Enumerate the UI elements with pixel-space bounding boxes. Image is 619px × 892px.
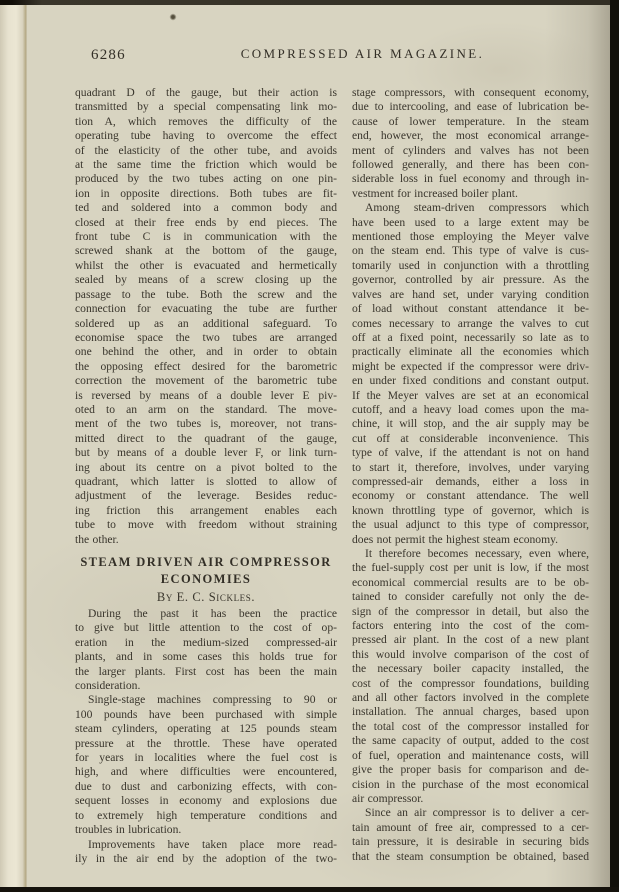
- text-line: to give but little attention to the cost…: [75, 621, 337, 635]
- article-title-line2: ECONOMIES: [75, 571, 337, 588]
- text-line: comes necessary to arrange the valves to…: [352, 317, 589, 331]
- text-line: If the Meyer valves are set at an econom…: [352, 389, 589, 403]
- text-line: ment of the two tubes is, moreover, not …: [75, 417, 337, 431]
- paragraph: Single-stage machines compressing to 90 …: [75, 693, 337, 837]
- text-line: the larger plants. First cost has been t…: [75, 665, 337, 679]
- text-line: for years in localities where the fuel c…: [75, 751, 337, 765]
- text-line: operating tube having to overcome the ef…: [75, 129, 337, 143]
- text-line: transmitted by a special compensating li…: [75, 100, 337, 114]
- text-line: steam cylinders, operating at 125 pounds…: [75, 722, 337, 736]
- text-line: of load without constant attendance it b…: [352, 302, 589, 316]
- text-line: pressure at the throttle. These have ope…: [75, 737, 337, 751]
- article-title-line1: STEAM DRIVEN AIR COMPRESSOR: [75, 554, 337, 571]
- text-line: factors entering into the cost of the co…: [352, 619, 589, 633]
- text-line: air compressor.: [352, 792, 589, 806]
- text-line: Improvements have taken place more read-: [75, 838, 337, 852]
- scan-edge-top: [0, 0, 619, 5]
- text-line: adjustment of the leverage. Besides redu…: [75, 489, 337, 503]
- text-line: tube to move with freedom without strain…: [75, 518, 337, 532]
- text-line: 100 pounds have been purchased with simp…: [75, 708, 337, 722]
- text-line: is reversed by means of a double lever E…: [75, 389, 337, 403]
- text-line: plants, and in some cases this holds tru…: [75, 650, 337, 664]
- text-line: sign of the compressor in detail, but al…: [352, 605, 589, 619]
- text-line: correction the movement of the barometri…: [75, 374, 337, 388]
- text-line: ion in opposite directions. Both tubes a…: [75, 187, 337, 201]
- text-line: troubles in lubrication.: [75, 823, 337, 837]
- text-line: ing friction this arrangement enables ea…: [75, 504, 337, 518]
- text-line: end, however, the most economical arrang…: [352, 129, 589, 143]
- text-line: Among steam-driven compressors which: [352, 201, 589, 215]
- text-line: Since an air compressor is to deliver a …: [352, 806, 589, 820]
- column-left: quadrant D of the gauge, but their actio…: [75, 86, 337, 866]
- text-line: known throttling type of governor, which…: [352, 504, 589, 518]
- magazine-title: COMPRESSED AIR MAGAZINE.: [75, 46, 588, 62]
- text-line: front tube C is in communication with th…: [75, 230, 337, 244]
- text-line: tion A, which removes the difficulty of …: [75, 115, 337, 129]
- text-line: cause of lower temperature. In the steam: [352, 115, 589, 129]
- text-line: ily in the air end by the adoption of th…: [75, 852, 337, 866]
- scan-edge-right: [610, 0, 619, 892]
- text-line: quadrant D of the gauge, but their actio…: [75, 86, 337, 100]
- text-columns: quadrant D of the gauge, but their actio…: [75, 86, 589, 866]
- text-line: tomarily used in conjunction with a thro…: [352, 259, 589, 273]
- text-line: chine, it will stop, and the air supply …: [352, 417, 589, 431]
- text-line: due to dust and carbonizing effects, wit…: [75, 780, 337, 794]
- text-line: the other.: [75, 533, 337, 547]
- text-line: this would involve comparison of the cos…: [352, 648, 589, 662]
- text-line: cision in the purchase of the most econo…: [352, 778, 589, 792]
- text-line: passage to the tube. Both the screw and …: [75, 288, 337, 302]
- text-line: sealed by means of a screw closing up th…: [75, 273, 337, 287]
- text-line: soldered up as an additional safeguard. …: [75, 317, 337, 331]
- text-line: pressed air plant. In the cost of a new …: [352, 633, 589, 647]
- text-line: whilst the other is evacuated and hermet…: [75, 259, 337, 273]
- paragraph: Since an air compressor is to deliver a …: [352, 806, 589, 864]
- scanned-magazine-page: 6286 COMPRESSED AIR MAGAZINE. quadrant D…: [0, 0, 619, 892]
- text-line: the usual adjunct to this type of compre…: [352, 518, 589, 532]
- text-line: economise space the two tubes are arrang…: [75, 331, 337, 345]
- text-line: the opposing effect desired for the baro…: [75, 360, 337, 374]
- article-header: STEAM DRIVEN AIR COMPRESSORECONOMIESBy E…: [75, 554, 337, 605]
- text-line: sequent losses in economy and explosions…: [75, 794, 337, 808]
- text-line: installation. The annual charges, based …: [352, 705, 589, 719]
- text-line: practically eliminate all the economies …: [352, 345, 589, 359]
- text-line: eration in the medium-sized compressed-a…: [75, 636, 337, 650]
- text-line: produced by the two tubes acting on one …: [75, 172, 337, 186]
- text-line: the total cost of the compressor install…: [352, 720, 589, 734]
- text-line: due to intercooling, and ease of lubrica…: [352, 100, 589, 114]
- text-line: of fuel, operation and maintenance costs…: [352, 749, 589, 763]
- page-header: 6286 COMPRESSED AIR MAGAZINE.: [75, 46, 588, 68]
- text-line: of the elasticity of the other tube, and…: [75, 144, 337, 158]
- text-line: mitted direct to the quadrant of the gau…: [75, 432, 337, 446]
- text-line: quadrant, which latter is slotted to all…: [75, 475, 337, 489]
- scan-edge-bottom: [0, 887, 619, 892]
- text-line: cutoff, and a heavy load comes upon the …: [352, 403, 589, 417]
- page-fold-strip: [0, 0, 27, 892]
- text-line: screwed shank at the bottom of the gauge…: [75, 244, 337, 258]
- text-line: the same capacity of output, added to th…: [352, 734, 589, 748]
- text-line: consideration.: [75, 679, 337, 693]
- text-line: ted and soldered into a common body and: [75, 201, 337, 215]
- text-line: on the steam end. This type of valve is …: [352, 244, 589, 258]
- text-line: tain pressure, it is desirable in securi…: [352, 835, 589, 849]
- text-line: It therefore becomes necessary, even whe…: [352, 547, 589, 561]
- text-line: valves are hand set, under varying condi…: [352, 288, 589, 302]
- paragraph: Improvements have taken place more read-…: [75, 838, 337, 867]
- text-line: cost of the compressor foundations, buil…: [352, 677, 589, 691]
- paragraph: It therefore becomes necessary, even whe…: [352, 547, 589, 806]
- column-right: stage compressors, with consequent econo…: [352, 86, 589, 866]
- text-line: tain amount of free air, compressed to a…: [352, 821, 589, 835]
- text-line: give the proper basis for comparison and…: [352, 763, 589, 777]
- article-byline: By E. C. Sickles.: [75, 589, 337, 605]
- paragraph: Among steam-driven compressors whichhave…: [352, 201, 589, 547]
- text-line: stage compressors, with consequent econo…: [352, 86, 589, 100]
- text-line: economy or constant attendance. The well: [352, 489, 589, 503]
- text-line: to extremely high temperature conditions…: [75, 809, 337, 823]
- text-line: ing about its centre on a pivot bolted t…: [75, 461, 337, 475]
- text-line: siderable loss in fuel economy and throu…: [352, 172, 589, 186]
- text-line: connection for evacuating the tube are f…: [75, 302, 337, 316]
- text-line: have been used to a large extent may be: [352, 216, 589, 230]
- text-line: governor, controlled by air pressure. As…: [352, 273, 589, 287]
- text-line: Single-stage machines compressing to 90 …: [75, 693, 337, 707]
- text-line: en under fixed conditions and constant o…: [352, 374, 589, 388]
- page-number: 6286: [91, 47, 126, 64]
- text-line: type of valve, if the attendant is not o…: [352, 446, 589, 460]
- text-line: does not permit the highest steam econom…: [352, 533, 589, 547]
- text-line: oted to an arm on the standard. The move…: [75, 403, 337, 417]
- text-line: tained to consider carefully not only th…: [352, 590, 589, 604]
- text-line: cut off at considerable inconvenience. T…: [352, 432, 589, 446]
- text-line: at the same time the friction which woul…: [75, 158, 337, 172]
- text-line: off at a fixed point, necessarily so lat…: [352, 331, 589, 345]
- text-line: the fuel-supply cost per unit is low, if…: [352, 561, 589, 575]
- text-line: mentioned those employing the Meyer valv…: [352, 230, 589, 244]
- text-line: one behind the other, and in order to ob…: [75, 345, 337, 359]
- text-line: economical commercial results are to be …: [352, 576, 589, 590]
- text-line: followed generally, and there has been c…: [352, 158, 589, 172]
- text-line: high, and where difficulties were encoun…: [75, 765, 337, 779]
- text-line: vestment for increased boiler plant.: [352, 187, 589, 201]
- text-line: to start it, therefore, involves, under …: [352, 461, 589, 475]
- text-line: During the past it has been the practice: [75, 607, 337, 621]
- text-line: the necessary boiler capacity installed,…: [352, 662, 589, 676]
- text-line: and all other factors involved in the co…: [352, 691, 589, 705]
- text-line: might be expected if the compressor were…: [352, 360, 589, 374]
- text-line: ment of cylinders and valves has not bee…: [352, 144, 589, 158]
- paragraph: quadrant D of the gauge, but their actio…: [75, 86, 337, 547]
- text-line: that the steam consumption be obtained, …: [352, 850, 589, 864]
- text-line: closed at their free ends by end pieces.…: [75, 216, 337, 230]
- text-line: but by means of a double lever F, or lin…: [75, 446, 337, 460]
- paragraph: stage compressors, with consequent econo…: [352, 86, 589, 201]
- text-line: compressed-air demands, either a loss in: [352, 475, 589, 489]
- paragraph: During the past it has been the practice…: [75, 607, 337, 693]
